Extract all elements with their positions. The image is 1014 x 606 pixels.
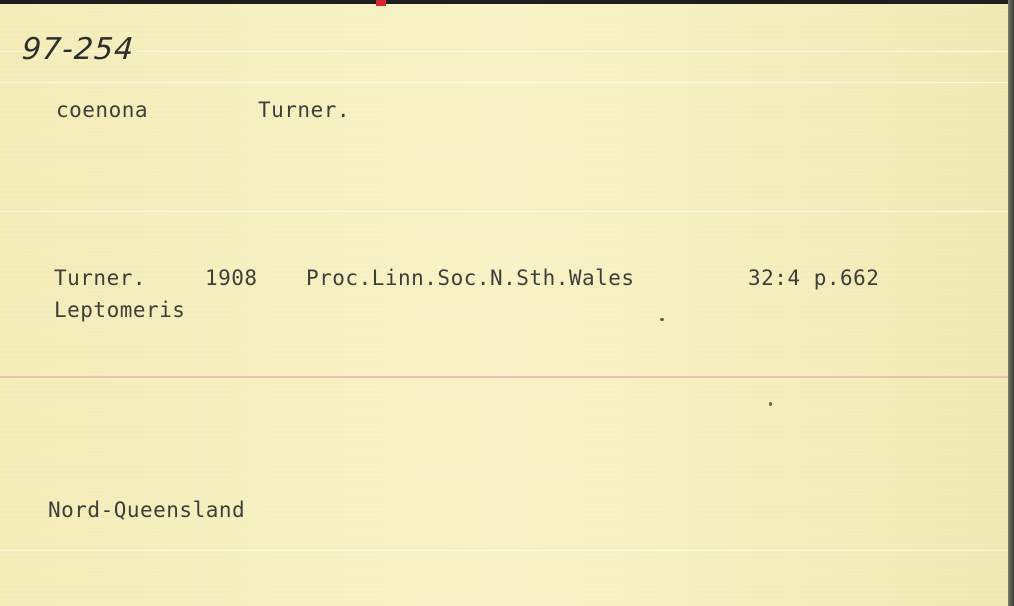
reference-publication: Proc.Linn.Soc.N.Sth.Wales: [306, 268, 635, 289]
red-tab-mark: [376, 0, 386, 6]
reference-author: Turner.: [54, 268, 146, 289]
card-rule: [0, 211, 1008, 212]
card-rule: [0, 51, 1008, 52]
index-card: 97-254 coenona Turner. Turner. 1908 Proc…: [0, 4, 1008, 606]
catalog-number: 97-254: [21, 32, 136, 67]
species-author: Turner.: [258, 100, 350, 121]
species-name: coenona: [56, 100, 148, 121]
genus-name: Leptomeris: [54, 300, 185, 321]
speck: [660, 318, 664, 321]
card-rule: [0, 550, 1008, 551]
speck: [769, 402, 772, 406]
card-rule: [0, 82, 1008, 83]
scan-right-edge: [1008, 0, 1014, 606]
locality: Nord-Queensland: [48, 500, 245, 521]
reference-volume-page: 32:4 p.662: [748, 268, 879, 289]
red-rule-line: [0, 376, 1008, 378]
reference-year: 1908: [205, 268, 258, 289]
